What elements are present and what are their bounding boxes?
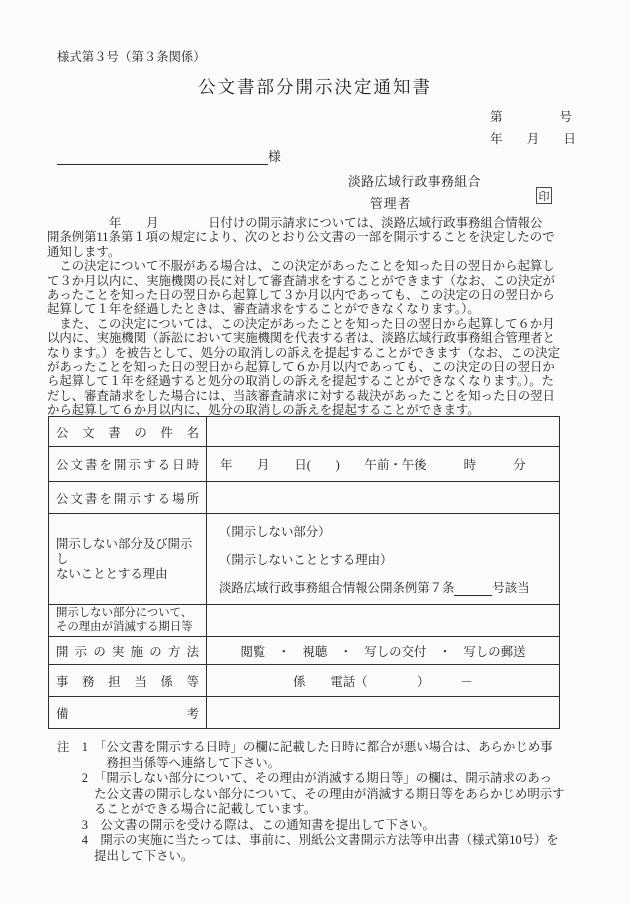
row-label-text: 公文書を開示する場所: [56, 489, 199, 507]
body-line: また、この決定については、この決定があったことを知った日の翌日から起算して６か月: [47, 317, 584, 331]
row-value-contact-section: 係 電話（ ） －: [207, 665, 559, 696]
body-line: て３か月以内に、実施機関の長に対して審査請求をすることができます（なお、この決定…: [47, 274, 584, 288]
note-line: 注 1 「公文書を開示する日時」の欄に記載した日時に都合が悪い場合は、あらかじめ…: [57, 740, 587, 756]
row-label-disclosure-place: 公文書を開示する場所: [49, 482, 207, 513]
ordinance-clause-line: 淡路広域行政事務組合情報公開条例第７条号該当: [219, 578, 530, 596]
date-month-label: 月: [527, 128, 540, 147]
row-label-disclosure-method: 開示の実施の方法: [49, 637, 207, 664]
row-value-remarks: [207, 697, 559, 728]
body-line: この決定について不服がある場合は、この決定があったことを知った日の翌日から起算し: [47, 259, 584, 273]
ordinance-clause-prefix: 淡路広域行政事務組合情報公開条例第７条: [219, 581, 454, 595]
doc-number-line: 第 号: [490, 106, 572, 125]
doc-number-prefix: 第: [490, 106, 503, 125]
table-row-document-name: 公文書の件名: [49, 417, 559, 446]
row-value-disclosure-datetime: 年 月 日( ) 午前・午後 時 分: [207, 447, 559, 481]
table-row-remarks: 備考: [49, 696, 559, 728]
table-row-nondisclosure-reason: 開示しない部分及び開示し ないこととする理由 （開示しない部分） （開示しないこ…: [49, 513, 559, 604]
row-value-disclosure-place: [207, 482, 559, 513]
note-line: 4 開示の実施に当たっては、事前に、別紙公文書開示方法等申出書（様式第10号）を: [57, 833, 587, 849]
row-label-text: 開示しない部分について、 その理由が消滅する期日等: [56, 607, 199, 634]
sender-role: 管理者: [370, 193, 411, 212]
body-paragraphs: 年 月 日付けの開示請求については、淡路広域行政事務組合情報公開条例第11条第１…: [47, 216, 584, 417]
row-label-text: 開示の実施の方法: [56, 642, 199, 660]
row-label-text: 事務担当係等: [56, 672, 199, 690]
note-line: 2 「開示しない部分について、その理由が消滅する期日等」の欄は、開示請求のあっ: [57, 771, 587, 787]
row-label-remarks: 備考: [49, 697, 207, 728]
body-line: があったことを知った日の翌日から起算して６か月以内であっても、この決定の日の翌日…: [47, 360, 584, 374]
addressee-underline: [57, 150, 268, 165]
body-line: だし、審査請求をした場合には、当該審査請求に対する裁決があったことを知った日の翌…: [47, 389, 584, 403]
body-line: ら起算して１年を経過すると処分の取消しの訴えを提起することができなくなります。）…: [47, 374, 584, 388]
body-line: 起算して１年を経過したときは、審査請求をすることができなくなります。）。: [47, 302, 584, 316]
table-row-disclosure-datetime: 公文書を開示する日時 年 月 日( ) 午前・午後 時 分: [49, 446, 559, 481]
nondisclosure-reason-caption: （開示しないこととする理由）: [219, 550, 392, 568]
table-row-disclosure-method: 開示の実施の方法 閲覧 ・ 視聴 ・ 写しの交付 ・ 写しの郵送: [49, 636, 559, 664]
ordinance-clause-suffix: 号該当: [492, 581, 529, 595]
disclosure-table: 公文書の件名 公文書を開示する日時 年 月 日( ) 午前・午後 時 分 公文書…: [48, 416, 560, 729]
body-line: 以内に、実施機関（訴訟において実施機関を代表する者は、淡路広域行政事務組合管理者…: [47, 331, 584, 345]
row-label-text: 開示しない部分及び開示し ないこととする理由: [56, 537, 199, 582]
row-label-text: 公文書の件名: [56, 423, 199, 441]
note-line: 務担当係等へ連絡して下さい。: [57, 756, 587, 772]
clause-number-underline: [454, 582, 492, 596]
body-line: なります。）を被告として、処分の取消しの訴えを提起することができます（なお、この…: [47, 346, 584, 360]
note-line: 3 公文書の開示を受ける際は、この通知書を提出して下さい。: [57, 818, 587, 834]
row-label-disclosure-datetime: 公文書を開示する日時: [49, 447, 207, 481]
document-page: 様式第３号（第３条関係） 公文書部分開示決定通知書 第 号 年 月 日 様 淡路…: [0, 0, 630, 903]
doc-number-suffix: 号: [559, 106, 572, 125]
body-line: 年 月 日付けの開示請求については、淡路広域行政事務組合情報公: [47, 216, 584, 230]
body-line: 通知します。: [47, 245, 584, 259]
addressee-line: 様: [57, 146, 281, 165]
note-line: た公文書の開示しない部分について、その理由が消滅する期日等をあらかじめ明示す: [57, 787, 587, 803]
table-row-contact-section: 事務担当係等 係 電話（ ） －: [49, 664, 559, 696]
body-line: 開条例第11条第１項の規定により、次のとおり公文書の一部を開示することを決定した…: [47, 230, 584, 244]
row-label-reason-expiry: 開示しない部分について、 その理由が消滅する期日等: [49, 605, 207, 636]
note-line: ることができる場合に記載しています。: [57, 802, 587, 818]
note-line: 提出して下さい。: [57, 849, 587, 865]
notes-section: 注 1 「公文書を開示する日時」の欄に記載した日時に都合が悪い場合は、あらかじめ…: [57, 740, 587, 864]
issue-date-line: 年 月 日: [490, 128, 576, 147]
row-label-text: 備考: [56, 704, 199, 722]
row-value-nondisclosure-reason: （開示しない部分） （開示しないこととする理由） 淡路広域行政事務組合情報公開条…: [207, 514, 559, 604]
row-label-nondisclosure-reason: 開示しない部分及び開示し ないこととする理由: [49, 514, 207, 604]
date-day-label: 日: [563, 128, 576, 147]
table-row-reason-expiry: 開示しない部分について、 その理由が消滅する期日等: [49, 604, 559, 636]
row-value-reason-expiry: [207, 605, 559, 636]
document-title: 公文書部分開示決定通知書: [0, 74, 630, 99]
row-label-text: 公文書を開示する日時: [56, 455, 199, 473]
row-label-contact-section: 事務担当係等: [49, 665, 207, 696]
body-line: あったことを知った日の翌日から起算して３か月以内であっても、この決定の日の翌日か…: [47, 288, 584, 302]
form-number: 様式第３号（第３条関係）: [57, 47, 206, 65]
row-value-disclosure-method: 閲覧 ・ 視聴 ・ 写しの交付 ・ 写しの郵送: [207, 637, 559, 664]
nondisclosed-part-caption: （開示しない部分）: [219, 522, 331, 540]
addressee-honorific: 様: [268, 150, 281, 164]
sender-organization: 淡路広域行政事務組合: [348, 171, 481, 190]
row-value-document-name: [207, 417, 559, 446]
date-year-label: 年: [490, 128, 503, 147]
table-row-disclosure-place: 公文書を開示する場所: [49, 481, 559, 513]
seal-stamp-box: 印: [536, 187, 552, 204]
row-label-document-name: 公文書の件名: [49, 417, 207, 446]
seal-icon: 印: [539, 188, 550, 204]
